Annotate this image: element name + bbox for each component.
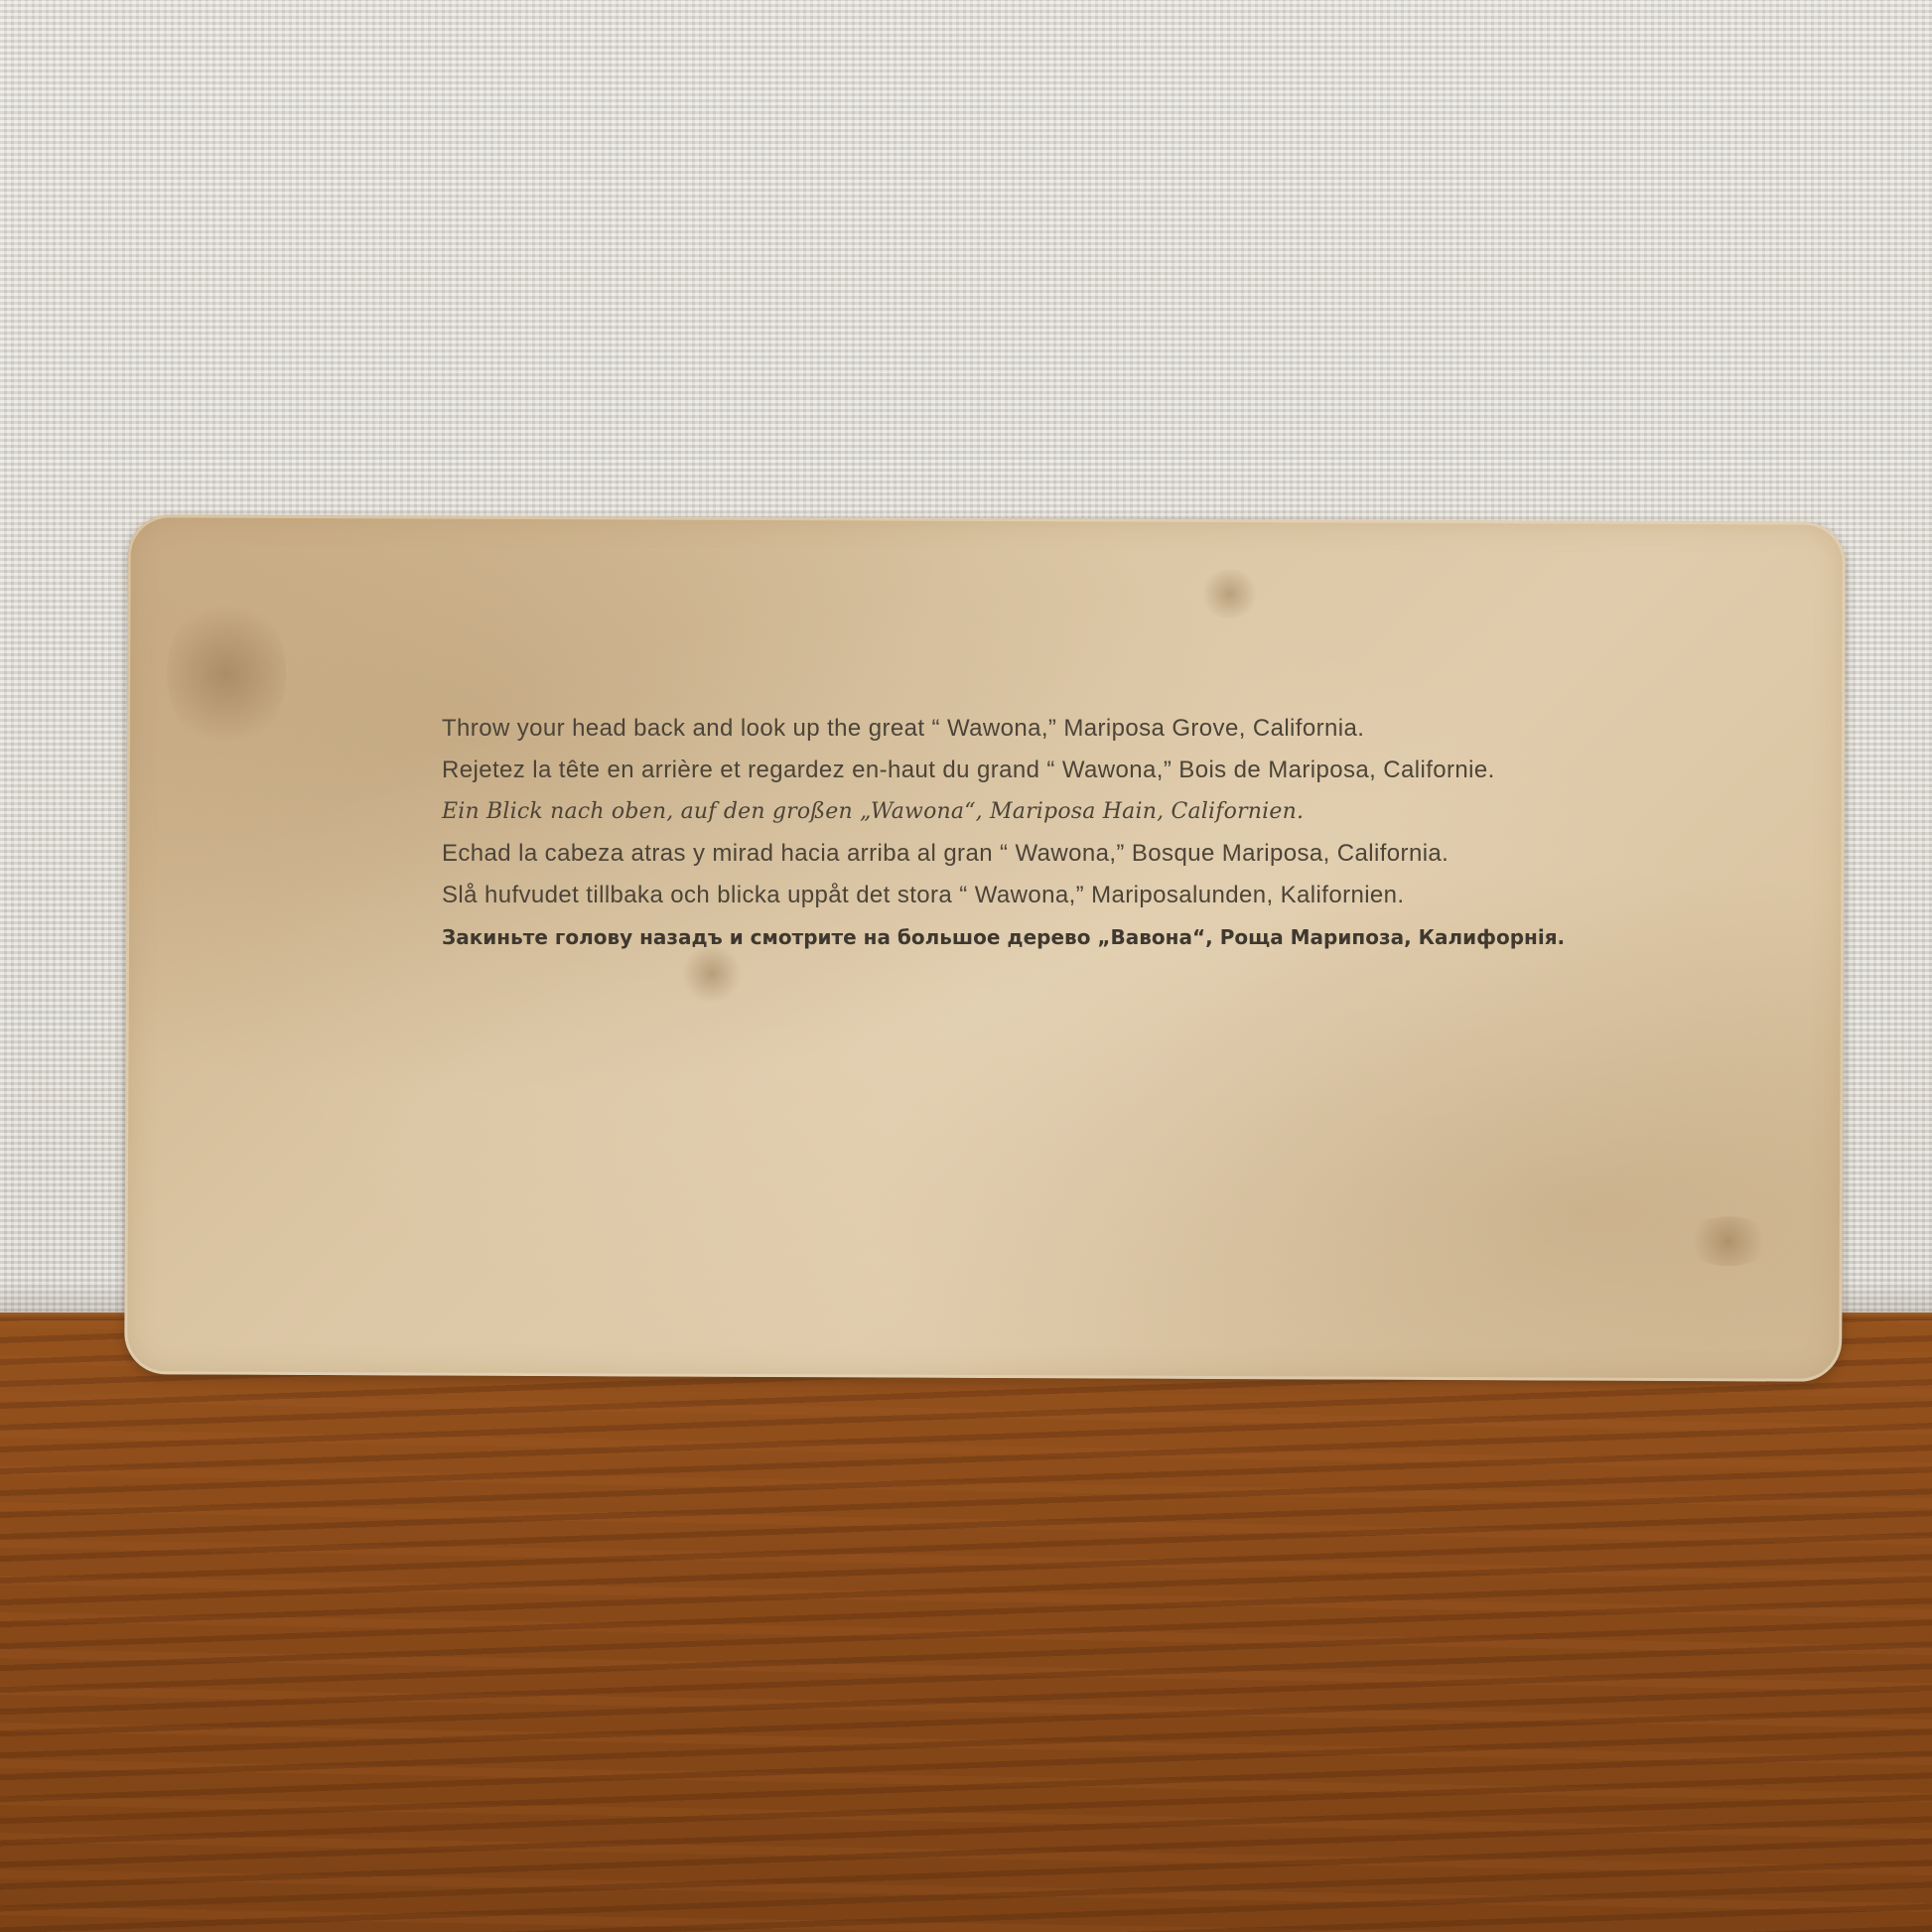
stain — [1199, 569, 1259, 619]
stain — [1684, 1216, 1773, 1266]
stain — [167, 594, 287, 754]
caption-swedish: Slå hufvudet tillbaka och blicka uppåt d… — [442, 880, 1603, 911]
caption-german: Ein Blick nach oben, auf den großen „Waw… — [442, 796, 1603, 828]
caption-french: Rejetez la tête en arrière et regardez e… — [442, 755, 1603, 786]
card-captions: Throw your head back and look up the gre… — [442, 713, 1603, 963]
wooden-surface — [0, 1315, 1932, 1932]
caption-english: Throw your head back and look up the gre… — [442, 713, 1603, 745]
caption-russian: Закиньте голову назадъ и смотрите на бол… — [442, 921, 1603, 953]
caption-spanish: Echad la cabeza atras y mirad hacia arri… — [442, 838, 1603, 870]
